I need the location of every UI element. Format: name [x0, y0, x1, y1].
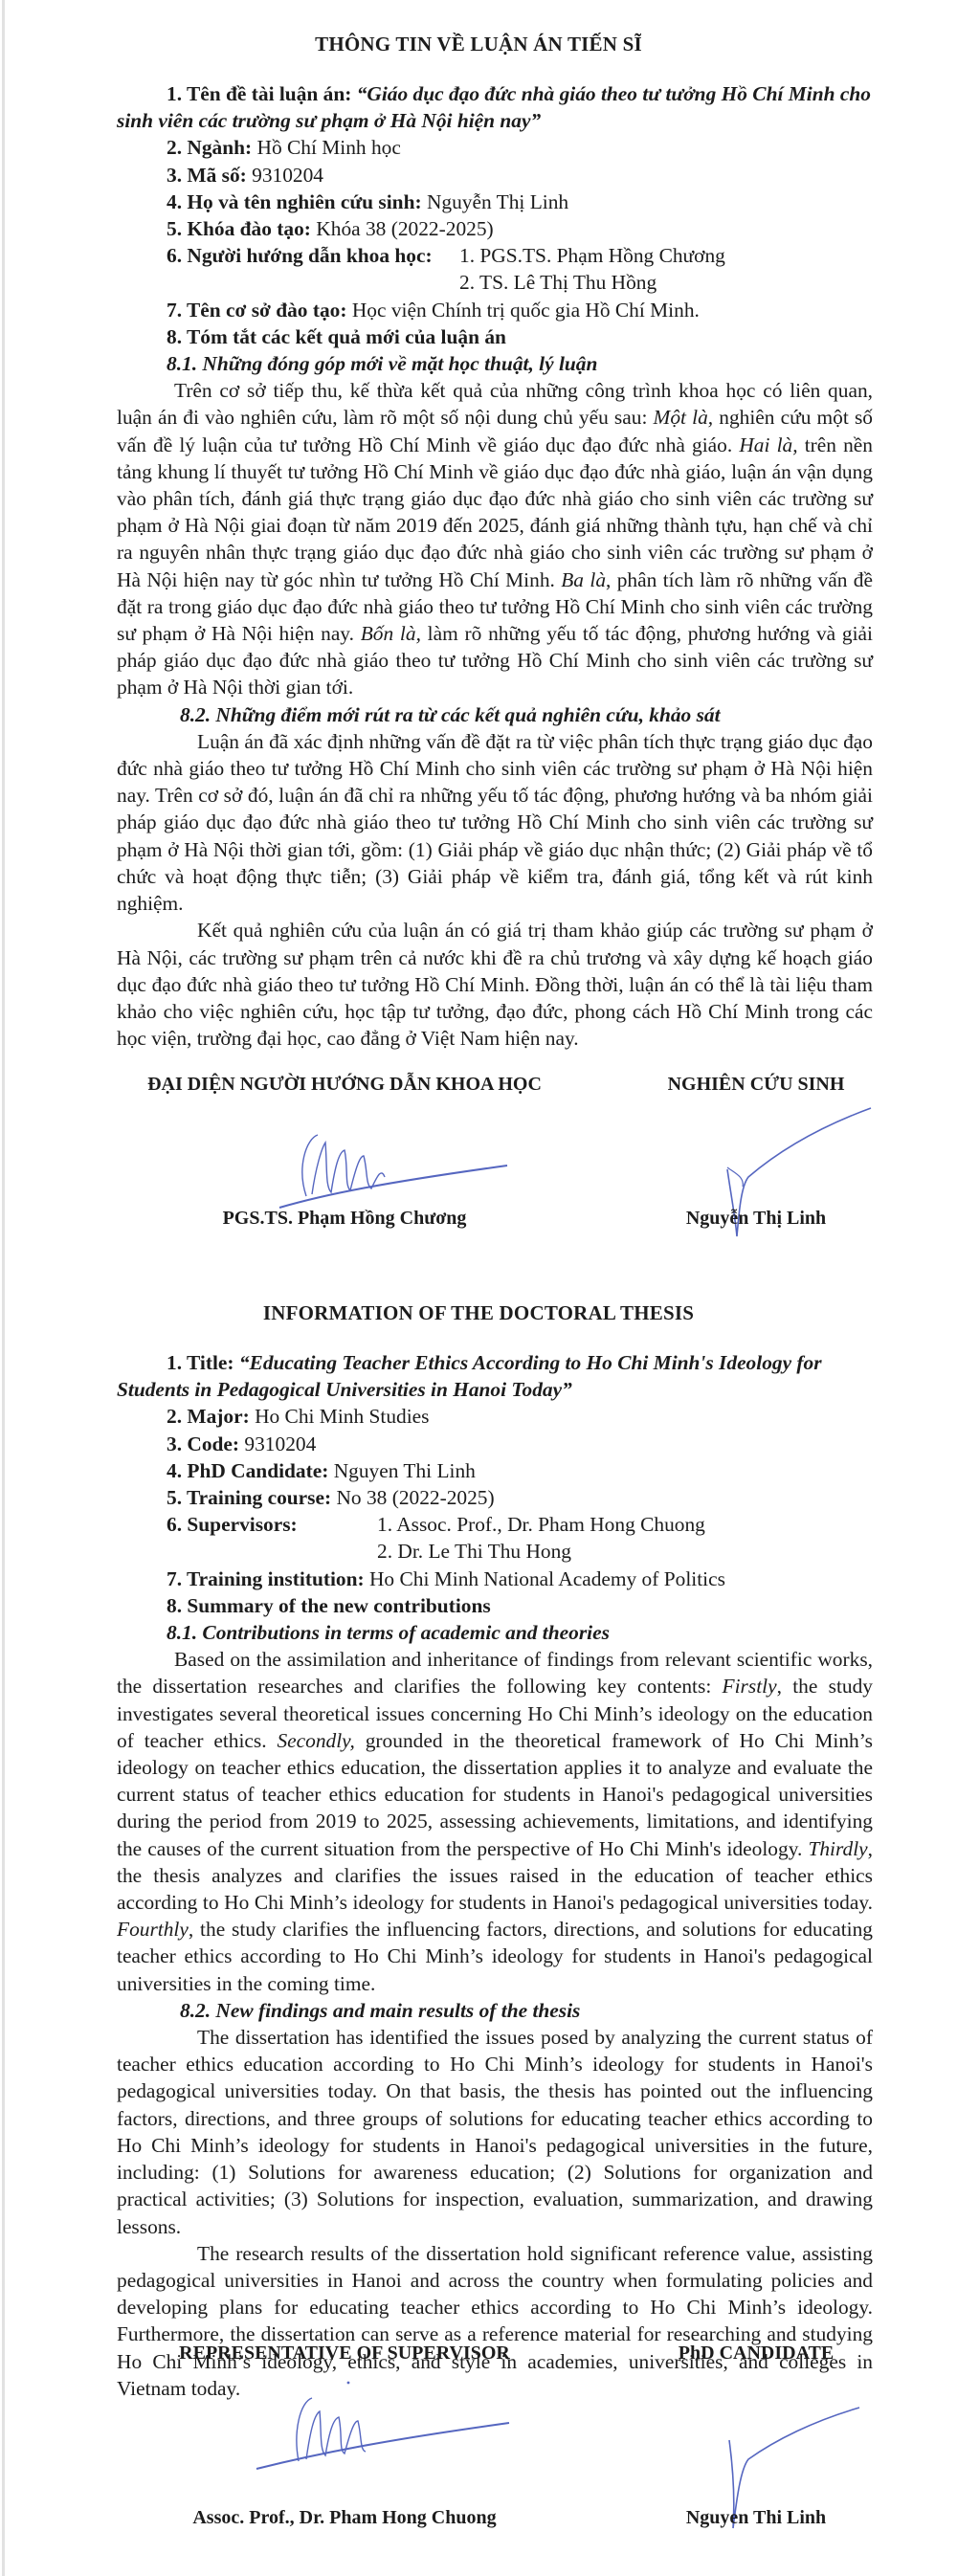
- en-institution: 7. Training institution: Ho Chi Minh Nat…: [117, 1566, 873, 1592]
- vi-thesis-title: 1. Tên đề tài luận án: “Giáo dục đạo đức…: [117, 80, 873, 134]
- vi-s81-heading: 8.1. Những đóng góp mới về mặt học thuật…: [117, 350, 873, 377]
- en-s81-paragraph: Based on the assimilation and inheritanc…: [117, 1646, 873, 1997]
- en-supervisors: 6. Supervisors: 1. Assoc. Prof., Dr. Pha…: [117, 1511, 873, 1565]
- vi-major: 2. Ngành: Hồ Chí Minh học: [117, 134, 873, 161]
- en-supervisor-1: 1. Assoc. Prof., Dr. Pham Hong Chuong: [377, 1511, 705, 1538]
- en-s82-paragraph-1: The dissertation has identified the issu…: [117, 2024, 873, 2240]
- vi-s82-paragraph-2: Kết quả nghiên cứu của luận án có giá tr…: [117, 917, 873, 1052]
- vi-candidate-sign-heading: NGHIÊN CỨU SINH: [612, 1074, 900, 1096]
- vi-course: 5. Khóa đào tạo: Khóa 38 (2022-2025): [117, 215, 873, 242]
- en-summary-heading: 8. Summary of the new contributions: [117, 1592, 873, 1619]
- en-supervisor-name: Assoc. Prof., Dr. Pham Hong Chuong: [153, 2507, 536, 2529]
- en-info-block: 1. Title: “Educating Teacher Ethics Acco…: [117, 1349, 873, 2402]
- vi-candidate-name: Nguyễn Thị Linh: [612, 1208, 900, 1230]
- en-s82-heading: 8.2. New findings and main results of th…: [117, 1997, 873, 2024]
- en-major: 2. Major: Ho Chi Minh Studies: [117, 1403, 873, 1430]
- en-supervisor-sign-heading: REPRESENTATIVE OF SUPERVISOR: [153, 2343, 536, 2365]
- en-supervisor-signature: [251, 2373, 519, 2502]
- vi-supervisor-name: PGS.TS. Phạm Hồng Chương: [134, 1208, 555, 1230]
- vi-supervisors: 6. Người hướng dẫn khoa học: 1. PGS.TS. …: [117, 242, 873, 296]
- en-code: 3. Code: 9310204: [117, 1431, 873, 1457]
- vi-supervisor-sign-heading: ĐẠI DIỆN NGƯỜI HƯỚNG DẪN KHOA HỌC: [134, 1074, 555, 1096]
- vi-candidate: 4. Họ và tên nghiên cứu sinh: Nguyễn Thị…: [117, 189, 873, 215]
- en-course: 5. Training course: No 38 (2022-2025): [117, 1484, 873, 1511]
- en-thesis-title: 1. Title: “Educating Teacher Ethics Acco…: [117, 1349, 873, 1403]
- en-candidate-name: Nguyen Thi Linh: [612, 2507, 900, 2529]
- page-edge: [2, 0, 5, 2576]
- en-heading: INFORMATION OF THE DOCTORAL THESIS: [0, 1301, 957, 1325]
- en-candidate: 4. PhD Candidate: Nguyen Thi Linh: [117, 1457, 873, 1484]
- vi-supervisor-1: 1. PGS.TS. Phạm Hồng Chương: [459, 242, 725, 269]
- vi-s81-paragraph: Trên cơ sở tiếp thu, kế thừa kết quả của…: [117, 377, 873, 700]
- vi-code: 3. Mã số: 9310204: [117, 162, 873, 189]
- en-candidate-sign-heading: PhD CANDIDATE: [612, 2343, 900, 2365]
- vi-s82-paragraph-1: Luận án đã xác định những vấn đề đặt ra …: [117, 728, 873, 917]
- vi-institution: 7. Tên cơ sở đào tạo: Học viện Chính trị…: [117, 297, 873, 323]
- vi-info-block: 1. Tên đề tài luận án: “Giáo dục đạo đức…: [117, 80, 873, 1052]
- vi-supervisor-2: 2. TS. Lê Thị Thu Hồng: [459, 269, 725, 296]
- vi-summary-heading: 8. Tóm tắt các kết quả mới của luận án: [117, 323, 873, 350]
- en-supervisor-2: 2. Dr. Le Thi Thu Hong: [377, 1538, 705, 1565]
- en-s81-heading: 8.1. Contributions in terms of academic …: [117, 1619, 873, 1646]
- vi-heading: THÔNG TIN VỀ LUẬN ÁN TIẾN SĨ: [0, 33, 957, 56]
- vi-s82-heading: 8.2. Những điểm mới rút ra từ các kết qu…: [117, 701, 873, 728]
